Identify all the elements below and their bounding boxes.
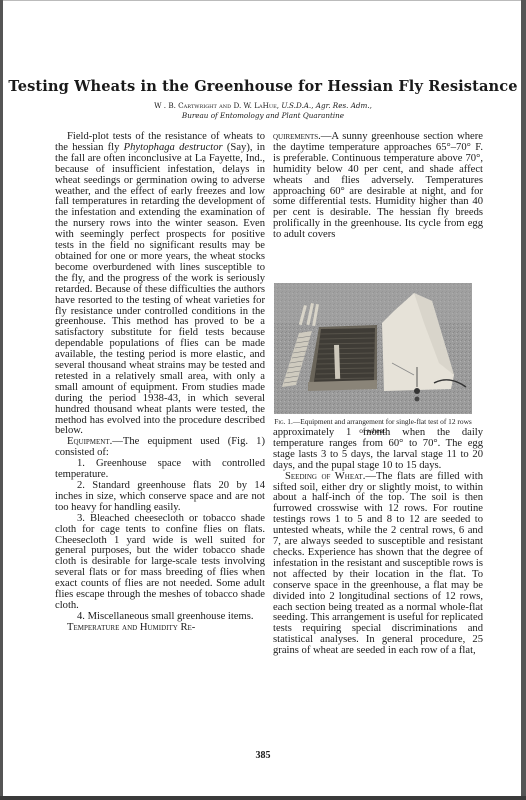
temperature-heading-start: Temperature and Humidity Re- bbox=[55, 623, 265, 634]
page-frame-bottom bbox=[0, 796, 526, 800]
left-column: Field-plot tests of the resistance of wh… bbox=[55, 132, 265, 634]
page-number: 385 bbox=[0, 750, 526, 761]
author-affiliation: U.S.D.A., Agr. Res. Adm., bbox=[281, 101, 372, 110]
figure-label: Fig. 1. bbox=[274, 417, 293, 426]
equipment-item-1: 1. Greenhouse space with controlled temp… bbox=[55, 459, 265, 481]
seeding-paragraph: Seeding of Wheat.—The flats are filled w… bbox=[273, 472, 483, 657]
species-name: Phytophaga destructor bbox=[124, 142, 223, 153]
page-frame-top bbox=[0, 0, 526, 1]
authors-line-2: Bureau of Entomology and Plant Quarantin… bbox=[0, 111, 526, 121]
temperature-heading: Temperature and Humidity Re- bbox=[67, 622, 195, 633]
greenhouse-flat bbox=[308, 325, 377, 391]
right-column-top: quirements.—A sunny greenhouse section w… bbox=[273, 132, 483, 241]
equipment-item-2: 2. Standard greenhouse flats 20 by 14 in… bbox=[55, 481, 265, 514]
equipment-item-3: 3. Bleached cheesecloth or tobacco shade… bbox=[55, 514, 265, 612]
intro-paragraph: Field-plot tests of the resistance of wh… bbox=[55, 132, 265, 437]
temperature-heading-cont: quirements. bbox=[273, 131, 321, 142]
intro-text-b: (Say), in the fall are often inconclusiv… bbox=[55, 142, 265, 437]
temperature-text: —A sunny greenhouse section where the da… bbox=[273, 131, 483, 240]
cycle-paragraph: approximately 1 month when the daily tem… bbox=[273, 428, 483, 472]
equipment-paragraph: Equipment.—The equipment used (Fig. 1) c… bbox=[55, 437, 265, 459]
article-authors: W . B. Cartwright and D. W. LaHue, U.S.D… bbox=[0, 101, 526, 121]
authors-line-1: W . B. Cartwright and D. W. LaHue, U.S.D… bbox=[0, 101, 526, 111]
seeding-heading: Seeding of Wheat. bbox=[285, 471, 365, 482]
right-column-bottom: approximately 1 month when the daily tem… bbox=[273, 428, 483, 657]
author-names: W . B. Cartwright and D. W. LaHue, bbox=[154, 101, 279, 110]
figure-1-photo bbox=[274, 283, 472, 414]
temperature-paragraph: quirements.—A sunny greenhouse section w… bbox=[273, 132, 483, 241]
seeding-text: —The flats are filled with sifted soil, … bbox=[273, 471, 483, 657]
article-title: Testing Wheats in the Greenhouse for Hes… bbox=[0, 78, 526, 95]
greenhouse-equipment-photo bbox=[274, 283, 472, 414]
author-bureau: Bureau of Entomology and Plant Quarantin… bbox=[182, 111, 344, 120]
equipment-heading: Equipment. bbox=[67, 436, 112, 447]
